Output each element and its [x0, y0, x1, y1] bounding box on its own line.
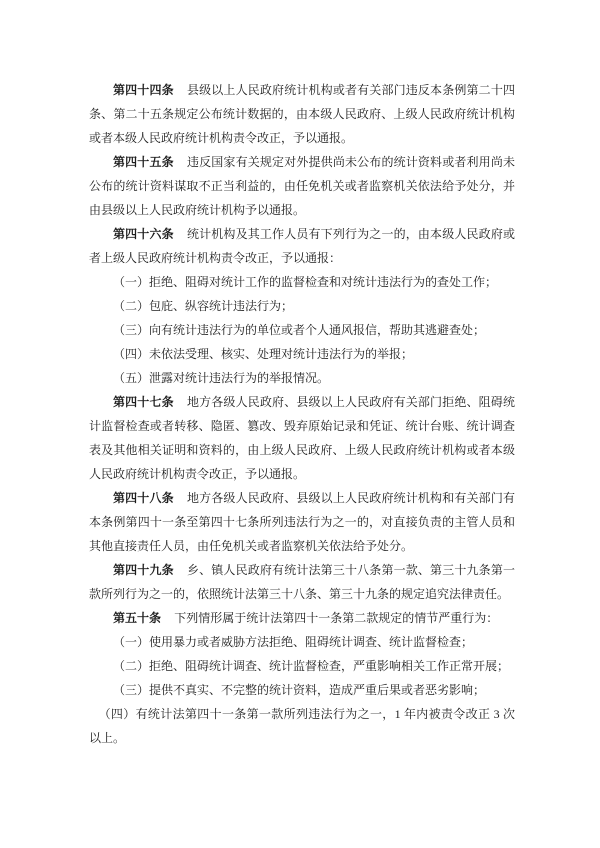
article-46-number: 第四十六条	[113, 227, 174, 241]
article-45-number: 第四十五条	[113, 155, 174, 169]
article-46-item-2: （二）包庇、纵容统计违法行为；	[89, 294, 515, 318]
article-48-paragraph: 第四十八条地方各级人民政府、县级以上人民政府统计机构和有关部门有本条例第四十一条…	[89, 486, 515, 558]
article-50-text: 下列情形属于统计法第四十一条第二款规定的情节严重行为：	[174, 611, 498, 625]
article-50-paragraph: 第五十条下列情形属于统计法第四十一条第二款规定的情节严重行为：	[89, 606, 515, 630]
article-46-item-1: （一）拒绝、阻碍对统计工作的监督检查和对统计违法行为的查处工作；	[89, 270, 515, 294]
article-48-number: 第四十八条	[113, 491, 174, 505]
article-50-item-1: （一）使用暴力或者威胁方法拒绝、阻碍统计调查、统计监督检查；	[89, 630, 515, 654]
article-46-item-5: （五）泄露对统计违法行为的举报情况。	[89, 366, 515, 390]
article-45-paragraph: 第四十五条违反国家有关规定对外提供尚未公布的统计资料或者利用尚未公布的统计资料谋…	[89, 150, 515, 222]
article-44-number: 第四十四条	[113, 83, 174, 97]
article-47-paragraph: 第四十七条地方各级人民政府、县级以上人民政府有关部门拒绝、阻碍统计监督检查或者转…	[89, 390, 515, 486]
article-50-item-3: （三）提供不真实、不完整的统计资料，造成严重后果或者恶劣影响；	[89, 678, 515, 702]
article-49-paragraph: 第四十九条乡、镇人民政府有统计法第三十八条第一款、第三十九条第一款所列行为之一的…	[89, 558, 515, 606]
article-46-item-4: （四）未依法受理、核实、处理对统计违法行为的举报；	[89, 342, 515, 366]
document-page: 第四十四条县级以上人民政府统计机构或者有关部门违反本条例第二十四条、第二十五条规…	[0, 0, 600, 848]
article-46-paragraph: 第四十六条统计机构及其工作人员有下列行为之一的，由本级人民政府或者上级人民政府统…	[89, 222, 515, 270]
article-50-item-2: （二）拒绝、阻碍统计调查、统计监督检查，严重影响相关工作正常开展；	[89, 654, 515, 678]
article-50-item-4: （四）有统计法第四十一条第一款所列违法行为之一，1 年内被责令改正 3 次以上。	[89, 702, 515, 750]
article-47-number: 第四十七条	[113, 395, 174, 409]
article-46-item-3: （三）向有统计违法行为的单位或者个人通风报信，帮助其逃避查处；	[89, 318, 515, 342]
article-49-number: 第四十九条	[113, 563, 174, 577]
article-44-paragraph: 第四十四条县级以上人民政府统计机构或者有关部门违反本条例第二十四条、第二十五条规…	[89, 78, 515, 150]
article-50-number: 第五十条	[113, 611, 161, 625]
